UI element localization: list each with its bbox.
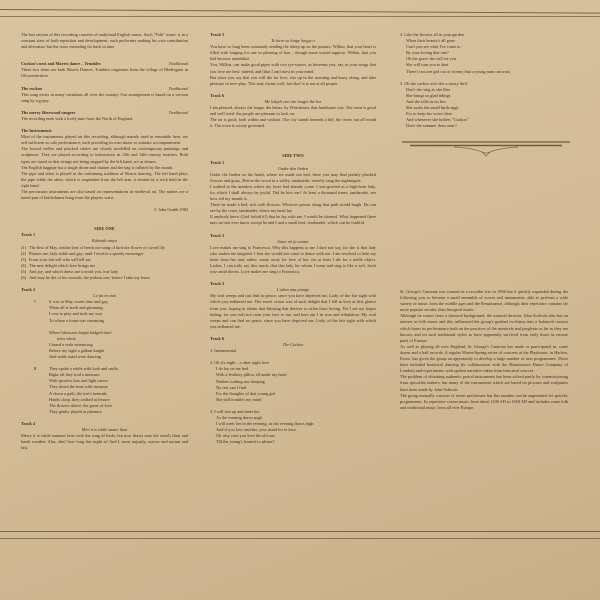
stanza: 3. I will rise up and meet herAs the eve… — [210, 409, 376, 446]
cuckoo-lyrics-continued: 4. Like the flowers all in your gardenWh… — [400, 32, 568, 129]
piece-sherwood-rangers: The merry Sherwood rangersTraditional Th… — [21, 110, 188, 122]
verse-lines: It was in May, sweet time and gay,When a… — [49, 299, 108, 323]
translation-paragraph: But since you say that you will die for … — [210, 75, 376, 87]
piece-credit: Traditional — [169, 110, 188, 116]
lyric-line: Where blossoms bright hedged fruit- — [49, 330, 112, 336]
lyric-line: Hands clasp, they walked at leisure — [49, 397, 119, 403]
translation-paragraph: You have so long been constantly tending… — [210, 44, 376, 62]
verse: IIThey spoke a while with look and smile… — [21, 366, 188, 415]
column-left: The last section of this recording consi… — [21, 32, 188, 451]
about-paragraph: St. George's Canzona was formed as a rec… — [400, 289, 568, 313]
stanza: 4. Like the flowers all in your gardenWh… — [400, 32, 568, 75]
verse-number: I — [21, 299, 49, 323]
bottom-border-rule — [0, 531, 600, 532]
lyric-line: To where a fount was streaming — [49, 318, 108, 324]
top-border-rule — [0, 9, 600, 14]
cuckoo-lyrics: 1. Instrumental2. Oh it's night – o afte… — [210, 348, 376, 445]
translation-paragraph: There he made a bed, rich with flowers. … — [210, 202, 376, 214]
instruments-paragraph: The pipe and tabor is played in the cont… — [21, 171, 188, 189]
translation-paragraph: I am pleased, always the longer the bett… — [210, 105, 376, 117]
lyric-line: Don't the summer draw near? — [400, 123, 568, 129]
instruments-paragraph: The percussion instruments are also base… — [21, 189, 188, 201]
piece-the-cuckoo: The cuckooTraditional This song exists i… — [21, 86, 188, 104]
verse-number: II — [21, 366, 49, 415]
about-paragraph: As well as playing all over England, St.… — [400, 344, 568, 374]
translation-paragraph: I walked to the meadow where my lover ha… — [210, 184, 376, 202]
piece-description: This song exists in many variations all … — [21, 92, 188, 104]
intro-paragraph: The last section of this recording consi… — [21, 32, 188, 50]
decorative-divider-icon — [402, 140, 570, 158]
top-border-rule-inner — [0, 16, 600, 17]
lyric-line: The flowers above, the game of love — [49, 403, 119, 409]
lyric-line: I rose to play and took my way — [49, 311, 108, 317]
piece-title: The cuckoo — [21, 86, 42, 92]
about-paragraph: The problem of obtaining authentic perio… — [400, 374, 568, 392]
lyric-line: They gently played at pleasure — [49, 409, 119, 415]
instruments-paragraph: The English bagpipe has a single drone a… — [21, 165, 188, 171]
verse: IIt was in May, sweet time and gay,When … — [21, 299, 188, 323]
about-ensemble: St. George's Canzona was formed as a rec… — [400, 289, 568, 411]
track4-translation: Merry it is while summer lasts with the … — [21, 433, 188, 451]
verse-number — [21, 330, 49, 360]
column-right: 4. Like the flowers all in your gardenWh… — [400, 32, 568, 129]
verse: Where blossoms bright hedged fruit-trees… — [21, 330, 188, 360]
translation-paragraph: Love makes me sing to Francesca. Why thi… — [210, 245, 376, 275]
instruments-paragraph: Most of the instruments played on this r… — [21, 134, 188, 146]
verse-lines: Where blossoms bright hedged fruit-trees… — [49, 330, 112, 360]
track2-verses: IIt was in May, sweet time and gay,When … — [21, 299, 188, 415]
translation-paragraph: You, Wilkin, can make good pipes with tw… — [210, 62, 376, 74]
verse-lines: They spoke a while with look and smile,R… — [49, 366, 119, 415]
instruments-paragraph: The bowed vielles and plucked citoles ar… — [21, 146, 188, 164]
stanza: 2. Oh it's night – o after night loveI d… — [210, 360, 376, 403]
translation-paragraph: My soul weeps and can find no peace, sin… — [210, 293, 376, 330]
piece-description: These two items are both Morris Dances. … — [21, 67, 188, 79]
translation-paragraph: The air is good, both within and without… — [210, 117, 376, 129]
translation-paragraph: If anybody knew (God forbid it!) that he… — [210, 214, 376, 226]
column-middle: Track 5 Te have so longe longyt o You ha… — [210, 32, 376, 445]
lyric-line: And noble maid were dancing — [49, 354, 112, 360]
lyric-line: Till the young's learned to please? — [210, 439, 376, 445]
about-paragraph: The group normally consists of seven per… — [400, 393, 568, 411]
bottom-border-rule-inner — [0, 538, 600, 539]
translation-paragraph: Under the linden on the heath, where we … — [210, 172, 376, 184]
line-text: And may he die of his wounds, the jealou… — [29, 275, 150, 281]
about-paragraph: Although he comes from a classical backg… — [400, 313, 568, 343]
track1-lines: (1)The first of May, neither leaf of bee… — [21, 245, 188, 282]
stanza: 5. Oh the cuckoo ain't she a merry birdD… — [400, 81, 568, 130]
piece-credit: Traditional — [169, 86, 188, 92]
line-number: (6) — [21, 275, 29, 281]
piece-cuckoos-nest: Cuckoo's nest and Morris dance – Trunkle… — [21, 61, 188, 79]
